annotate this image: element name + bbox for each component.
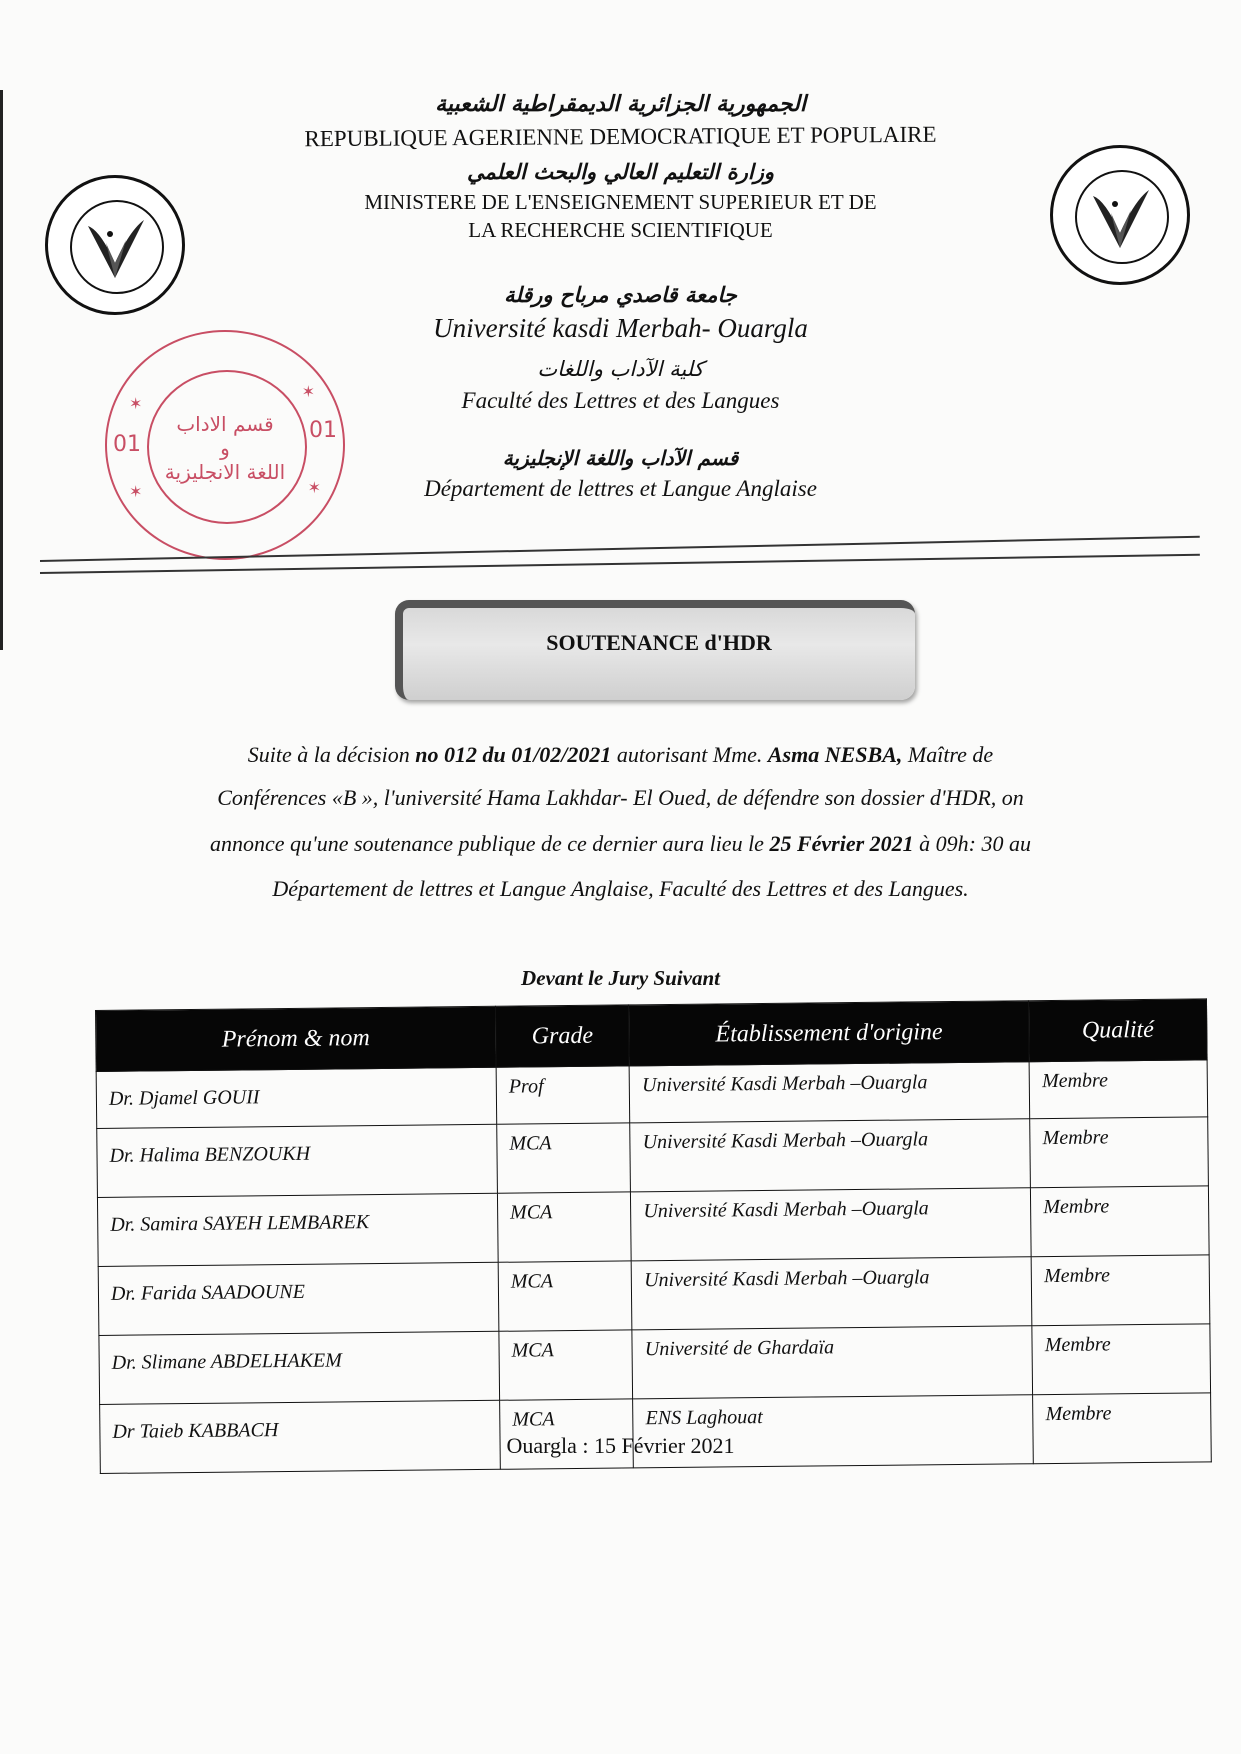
announcement-line-1: Suite à la décision no 012 du 01/02/2021… [0, 742, 1241, 768]
arabic-republic-title: الجمهورية الجزائرية الديمقراطية الشعبية [0, 92, 1241, 117]
header-institution: Établissement d'origine [629, 1001, 1030, 1066]
table-row: Dr. Halima BENZOUKHMCAUniversité Kasdi M… [97, 1117, 1209, 1198]
announcement-line-2: Conférences «B », l'université Hama Lakh… [0, 785, 1241, 811]
jury-table: Prénom & nom Grade Établissement d'origi… [95, 998, 1212, 1474]
member-grade: MCA [497, 1192, 631, 1262]
university-logo-left [45, 175, 185, 315]
member-quality: Membre [1032, 1324, 1210, 1395]
announcement-line-3: annonce qu'une soutenance publique de ce… [0, 831, 1241, 857]
header-grade: Grade [495, 1005, 629, 1067]
member-quality: Membre [1031, 1255, 1209, 1326]
member-institution: Université de Ghardaïa [632, 1326, 1033, 1399]
member-quality: Membre [1029, 1060, 1207, 1119]
table-row: Dr. Samira SAYEH LEMBAREKMCAUniversité K… [97, 1186, 1209, 1267]
table-row: Dr. Slimane ABDELHAKEMMCAUniversité de G… [99, 1324, 1211, 1405]
leaf-emblem-icon [48, 178, 182, 312]
member-name: Dr. Farida SAADOUNE [98, 1262, 499, 1335]
member-name: Dr. Slimane ABDELHAKEM [99, 1331, 500, 1404]
announcement-line-4: Département de lettres et Langue Anglais… [0, 876, 1241, 902]
table-row: Dr. Farida SAADOUNEMCAUniversité Kasdi M… [98, 1255, 1210, 1336]
member-institution: Université Kasdi Merbah –Ouargla [631, 1257, 1032, 1330]
member-name: Dr. Samira SAYEH LEMBAREK [97, 1193, 498, 1266]
member-institution: Université Kasdi Merbah –Ouargla [629, 1062, 1030, 1123]
department-stamp: قسم الاداب و اللغة الانجليزية 01 01 ✶ ✶ … [105, 330, 345, 560]
arabic-university-name: جامعة قاصدي مرباح ورقلة [0, 283, 1241, 307]
member-institution: Université Kasdi Merbah –Ouargla [630, 1119, 1031, 1192]
stamp-text-line1: قسم الاداب [107, 412, 343, 436]
place-date: Ouargla : 15 Février 2021 [0, 1433, 1241, 1459]
member-grade: MCA [497, 1123, 631, 1193]
member-grade: MCA [498, 1261, 632, 1331]
member-name: Dr. Halima BENZOUKH [97, 1124, 498, 1197]
member-grade: MCA [499, 1330, 633, 1400]
leaf-emblem-icon [1053, 148, 1187, 282]
star-icon: ✶ [308, 478, 321, 497]
university-logo-right [1050, 145, 1190, 285]
header-name: Prénom & nom [96, 1006, 497, 1071]
jury-heading: Devant le Jury Suivant [0, 966, 1241, 991]
stamp-number-left: 01 [113, 432, 141, 457]
stamp-text-line2: و [107, 436, 343, 460]
member-institution: Université Kasdi Merbah –Ouargla [631, 1188, 1032, 1261]
title-box: SOUTENANCE d'HDR [395, 600, 915, 700]
header-quality: Qualité [1029, 999, 1207, 1062]
member-quality: Membre [1031, 1186, 1209, 1257]
member-name: Dr. Djamel GOUII [96, 1067, 497, 1128]
member-grade: Prof [496, 1066, 630, 1124]
star-icon: ✶ [129, 394, 142, 413]
document-title: SOUTENANCE d'HDR [403, 630, 915, 656]
star-icon: ✶ [129, 482, 142, 501]
stamp-number-right: 01 [309, 418, 337, 443]
star-icon: ✶ [302, 382, 315, 401]
member-quality: Membre [1030, 1117, 1208, 1188]
